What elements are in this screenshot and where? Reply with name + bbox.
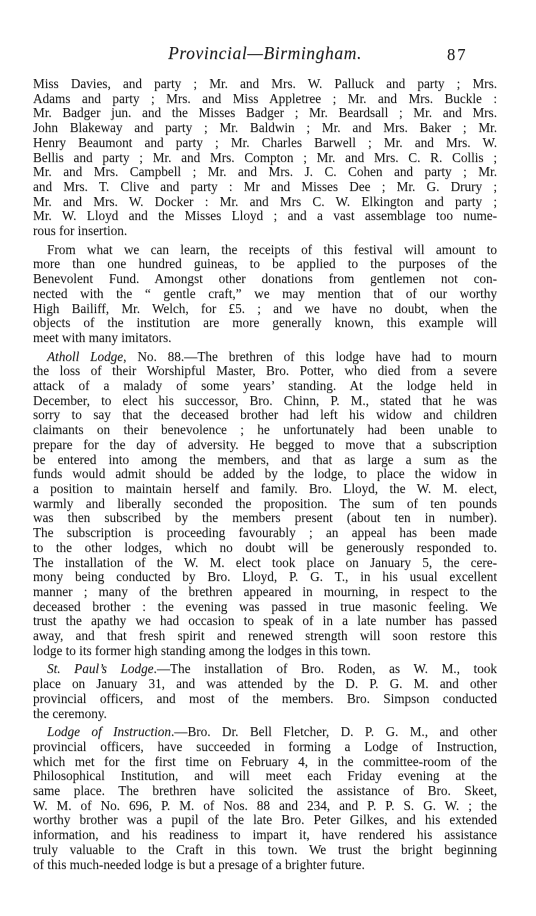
text-line: which met for the first time on February… xyxy=(33,755,497,770)
scanned-page: Provincial—Birmingham. 87 Miss Davies, a… xyxy=(0,0,536,916)
text-line: sorry to say that the deceased brother h… xyxy=(33,408,497,423)
text-line: prepare for the day of adversity. He beg… xyxy=(33,438,497,453)
text-line: The installation of the W. M. elect took… xyxy=(33,556,497,571)
text-line: funds would admit should be added by the… xyxy=(33,467,497,482)
text-line: objects of the institution are more gene… xyxy=(33,316,497,331)
text-line: Lodge of Instruction.—Bro. Dr. Bell Flet… xyxy=(33,725,497,740)
text-line: away, and that fresh spirit and renewed … xyxy=(33,629,497,644)
text-line: Miss Davies, and party ; Mr. and Mrs. W.… xyxy=(33,77,497,92)
text-line: Philosophical Institution, and will meet… xyxy=(33,769,497,784)
text-line: more than one hundred guineas, to be app… xyxy=(33,257,497,272)
text-line: a position to maintain herself and famil… xyxy=(33,482,497,497)
text-line: to the other lodges, which no doubt will… xyxy=(33,541,497,556)
text-line: Mr. Badger jun. and the Misses Badger ; … xyxy=(33,106,497,121)
text-line: Henry Beaumont and party ; Mr. Charles B… xyxy=(33,136,497,151)
text-line: information, and his readiness to impart… xyxy=(33,828,497,843)
paragraph: Miss Davies, and party ; Mr. and Mrs. W.… xyxy=(33,77,497,239)
paragraph: Atholl Lodge, No. 88.—The brethren of th… xyxy=(33,350,497,659)
text-line: and Mrs. T. Clive and party : Mr and Mis… xyxy=(33,180,497,195)
text-line: rous for insertion. xyxy=(33,224,497,239)
text-line: John Blakeway and party ; Mr. Baldwin ; … xyxy=(33,121,497,136)
text-line: W. M. of No. 696, P. M. of Nos. 88 and 2… xyxy=(33,799,497,814)
text-line: lodge to its former high standing among … xyxy=(33,644,497,659)
text-line: meet with many imitators. xyxy=(33,331,497,346)
text-line: warmly and liberally seconded the propos… xyxy=(33,497,497,512)
text-line: Mr. and Mrs. W. Docker : Mr. and Mrs C. … xyxy=(33,195,497,210)
paragraph: St. Paul’s Lodge.—The installation of Br… xyxy=(33,662,497,721)
text-line: the loss of their Worshipful Master, Bro… xyxy=(33,364,497,379)
text-line: claimants on their benevolence ; he unfo… xyxy=(33,423,497,438)
text-line: Bellis and party ; Mr. and Mrs. Compton … xyxy=(33,151,497,166)
page-number: 87 xyxy=(447,45,468,65)
page-header-title: Provincial—Birmingham. xyxy=(33,43,497,64)
text-line: mony being conducted by Bro. Lloyd, P. G… xyxy=(33,570,497,585)
text-line: attack of a malady of some years’ standi… xyxy=(33,379,497,394)
paragraph: From what we can learn, the receipts of … xyxy=(33,243,497,346)
text-line: manner ; many of the brethren appeared i… xyxy=(33,585,497,600)
running-head: Provincial—Birmingham. xyxy=(33,43,497,65)
text-line: of this much-needed lodge is but a presa… xyxy=(33,858,497,873)
text-line: trust the apathy we had occasion to spea… xyxy=(33,614,497,629)
paragraph: Lodge of Instruction.—Bro. Dr. Bell Flet… xyxy=(33,725,497,872)
text-line: the ceremony. xyxy=(33,707,497,722)
text-line: truly valuable to the Craft in this town… xyxy=(33,843,497,858)
text-line: The subscription is proceeding favourabl… xyxy=(33,526,497,541)
text-line: worthy brother was a pupil of the late B… xyxy=(33,813,497,828)
text-block: Miss Davies, and party ; Mr. and Mrs. W.… xyxy=(33,77,497,872)
text-line: be entered into among the members, and t… xyxy=(33,453,497,468)
text-line: St. Paul’s Lodge.—The installation of Br… xyxy=(33,662,497,677)
text-line: December, to elect his successor, Bro. C… xyxy=(33,394,497,409)
lodge-name-italic: St. Paul’s Lodge xyxy=(47,661,154,676)
text-line: Adams and party ; Mrs. and Miss Appletre… xyxy=(33,92,497,107)
lodge-name-italic: Lodge of Instruction xyxy=(47,724,171,739)
text-line: Benevolent Fund. Amongst other donations… xyxy=(33,272,497,287)
text-line: Atholl Lodge, No. 88.—The brethren of th… xyxy=(33,350,497,365)
text-line: nected with the “ gentle craft,” we may … xyxy=(33,287,497,302)
text-line: Mr. W. Lloyd and the Misses Lloyd ; and … xyxy=(33,209,497,224)
text-line: provincial officers, have succeeded in f… xyxy=(33,740,497,755)
text-line: deceased brother : the evening was passe… xyxy=(33,600,497,615)
text-line: From what we can learn, the receipts of … xyxy=(33,243,497,258)
text-line: was then subscribed by the members prese… xyxy=(33,511,497,526)
text-line: High Bailiff, Mr. Welch, for £5. ; and w… xyxy=(33,302,497,317)
text-line: Mr. and Mrs. Campbell ; Mr. and Mrs. J. … xyxy=(33,165,497,180)
text-line: place on January 31, and was attended by… xyxy=(33,677,497,692)
text-line: provincial officers, and most of the mem… xyxy=(33,692,497,707)
lodge-name-italic: Atholl Lodge xyxy=(47,349,123,364)
text-line: same place. The brethren have solicited … xyxy=(33,784,497,799)
